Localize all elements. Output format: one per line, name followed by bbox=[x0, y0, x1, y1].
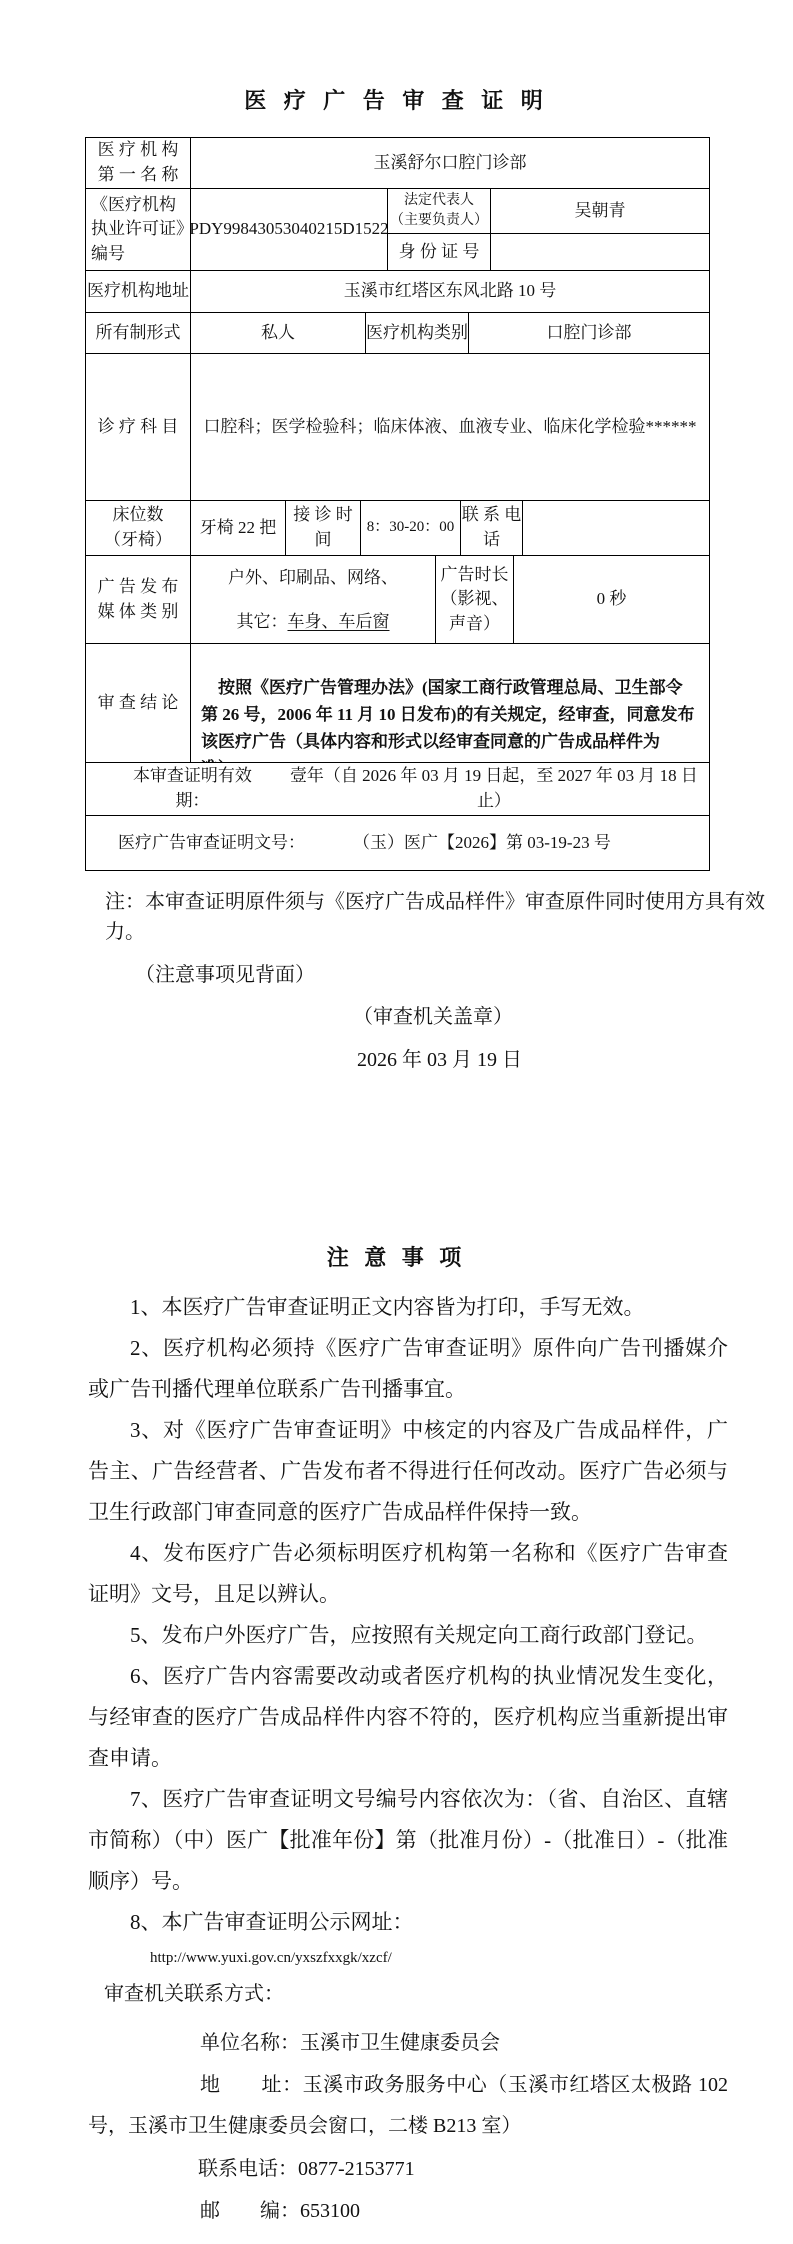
hours-value: 8：30-20：00 bbox=[361, 501, 461, 555]
notice-item-7: 7、医疗广告审查证明文号编号内容依次为：（省、自治区、直辖市简称）（中）医广【批… bbox=[88, 1779, 728, 1902]
seal-placeholder: （审查机关盖章） bbox=[353, 1002, 793, 1032]
phone-label: 联 系 电 话 bbox=[461, 501, 523, 555]
issue-date: 2026 年 03 月 19 日 bbox=[357, 1045, 793, 1075]
id-number-label: 身 份 证 号 bbox=[388, 234, 491, 270]
org-type-value: 口腔门诊部 bbox=[469, 313, 709, 353]
beds-row: 床位数 （牙椅） 牙椅 22 把 接 诊 时 间 8：30-20：00 联 系 … bbox=[86, 501, 709, 556]
media-value: 户外、印刷品、网络、 其它：车身、车后窗 bbox=[191, 556, 436, 643]
cert-no-cell: 医疗广告审查证明文号： （玉）医广【2026】第 03-19-23 号 bbox=[86, 816, 709, 870]
legal-rep-block: 法定代表人 （主要负责人） 吴朝青 身 份 证 号 bbox=[388, 189, 709, 270]
notice-item-2: 2、医疗机构必须持《医疗广告审查证明》原件向广告刊播媒介或广告刊播代理单位联系广… bbox=[88, 1328, 728, 1410]
notice-heading: 注 意 事 项 bbox=[0, 1243, 793, 1273]
ownership-row: 所有制形式 私人 医疗机构类别 口腔门诊部 bbox=[86, 313, 709, 354]
address-label: 医疗机构地址 bbox=[86, 271, 191, 312]
phone-value bbox=[523, 501, 709, 555]
cert-no-row: 医疗广告审查证明文号： （玉）医广【2026】第 03-19-23 号 bbox=[86, 816, 709, 870]
validity-row: 本审查证明有效期： 壹年（自 2026 年 03 月 19 日起，至 2027 … bbox=[86, 763, 709, 816]
media-other-underlined: 车身、车后窗 bbox=[288, 612, 390, 631]
conclusion-label: 审 查 结 论 bbox=[86, 644, 191, 762]
notice-item-8: 8、本广告审查证明公示网址： bbox=[88, 1902, 728, 1943]
departments-label: 诊 疗 科 目 bbox=[86, 354, 191, 500]
id-number-value bbox=[491, 234, 709, 270]
notice-item-5: 5、发布户外医疗广告，应按照有关规定向工商行政部门登记。 bbox=[88, 1615, 728, 1656]
notice-items: 1、本医疗广告审查证明正文内容皆为打印，手写无效。 2、医疗机构必须持《医疗广告… bbox=[88, 1287, 728, 1943]
departments-value: 口腔科；医学检验科；临床体液、血液专业、临床化学检验****** bbox=[191, 354, 709, 500]
contact-unit: 单位名称：玉溪市卫生健康委员会 bbox=[200, 2023, 793, 2063]
contact-heading: 审查机关联系方式： bbox=[104, 1977, 793, 2011]
license-row: 《医疗机构执业许可证》编号 PDY99843053040215D1522 法定代… bbox=[86, 189, 709, 271]
media-row: 广 告 发 布 媒 体 类 别 户外、印刷品、网络、 其它：车身、车后窗 广告时… bbox=[86, 556, 709, 644]
media-line2: 其它：车身、车后窗 bbox=[237, 600, 390, 644]
public-url: http://www.yuxi.gov.cn/yxszfxxgk/xzcf/ bbox=[150, 1945, 793, 1971]
beds-value: 牙椅 22 把 bbox=[191, 501, 286, 555]
validity-cell: 本审查证明有效期： 壹年（自 2026 年 03 月 19 日起，至 2027 … bbox=[86, 763, 709, 815]
validity-label: 本审查证明有效期： bbox=[118, 764, 267, 813]
contact-zip: 邮 编：653100 bbox=[200, 2191, 793, 2231]
license-value: PDY99843053040215D1522 bbox=[191, 189, 388, 270]
conclusion-para1: 按照《医疗广告管理办法》(国家工商行政管理总局、卫生部令第 26 号，2006 … bbox=[201, 674, 699, 762]
license-label: 《医疗机构执业许可证》编号 bbox=[86, 189, 191, 270]
cert-no-value: （玉）医广【2026】第 03-19-23 号 bbox=[353, 831, 611, 856]
legal-rep-label: 法定代表人 （主要负责人） bbox=[388, 189, 491, 233]
contact-phone: 联系电话：0877-2153771 bbox=[198, 2149, 793, 2189]
org-name-label: 医 疗 机 构 第 一 名 称 bbox=[86, 138, 191, 188]
duration-value: 0 秒 bbox=[514, 556, 709, 643]
media-line1: 户外、印刷品、网络、 bbox=[228, 556, 398, 600]
notice-item-3: 3、对《医疗广告审查证明》中核定的内容及广告成品样件，广告主、广告经营者、广告发… bbox=[88, 1410, 728, 1533]
notice-item-6: 6、医疗广告内容需要改动或者医疗机构的执业情况发生变化，与经审查的医疗广告成品样… bbox=[88, 1656, 728, 1779]
media-label: 广 告 发 布 媒 体 类 别 bbox=[86, 556, 191, 643]
legal-rep-value: 吴朝青 bbox=[491, 189, 709, 233]
note-text: 注：本审查证明原件须与《医疗广告成品样件》审查原件同时使用方具有效力。 bbox=[105, 887, 793, 947]
conclusion-row: 审 查 结 论 按照《医疗广告管理办法》(国家工商行政管理总局、卫生部令第 26… bbox=[86, 644, 709, 763]
see-back-text: （注意事项见背面） bbox=[135, 960, 793, 990]
media-other-prefix: 其它： bbox=[237, 612, 288, 631]
contact-address: 地 址：玉溪市政务服务中心（玉溪市红塔区太极路 102 号，玉溪市卫生健康委员会… bbox=[88, 2065, 728, 2147]
hours-label: 接 诊 时 间 bbox=[286, 501, 361, 555]
org-type-label: 医疗机构类别 bbox=[366, 313, 469, 353]
validity-value: 壹年（自 2026 年 03 月 19 日起，至 2027 年 03 月 18 … bbox=[279, 764, 709, 813]
notice-item-4: 4、发布医疗广告必须标明医疗机构第一名称和《医疗广告审查证明》文号，且足以辨认。 bbox=[88, 1533, 728, 1615]
doc-title: 医 疗 广 告 审 查 证 明 bbox=[0, 0, 793, 116]
address-row: 医疗机构地址 玉溪市红塔区东风北路 10 号 bbox=[86, 271, 709, 313]
conclusion-content: 按照《医疗广告管理办法》(国家工商行政管理总局、卫生部令第 26 号，2006 … bbox=[191, 644, 709, 762]
beds-label: 床位数 （牙椅） bbox=[86, 501, 191, 555]
org-name-row: 医 疗 机 构 第 一 名 称 玉溪舒尔口腔门诊部 bbox=[86, 138, 709, 189]
cert-no-label: 医疗广告审查证明文号： bbox=[118, 831, 305, 856]
departments-row: 诊 疗 科 目 口腔科；医学检验科；临床体液、血液专业、临床化学检验****** bbox=[86, 354, 709, 501]
org-name-value: 玉溪舒尔口腔门诊部 bbox=[191, 138, 709, 188]
duration-label: 广告时长 （影视、 声音） bbox=[436, 556, 514, 643]
notice-item-1: 1、本医疗广告审查证明正文内容皆为打印，手写无效。 bbox=[88, 1287, 728, 1328]
cert-table: 医 疗 机 构 第 一 名 称 玉溪舒尔口腔门诊部 《医疗机构执业许可证》编号 … bbox=[85, 137, 710, 871]
ownership-label: 所有制形式 bbox=[86, 313, 191, 353]
ownership-value: 私人 bbox=[191, 313, 366, 353]
address-value: 玉溪市红塔区东风北路 10 号 bbox=[191, 271, 709, 312]
certificate-sheet: 医 疗 广 告 审 查 证 明 医 疗 机 构 第 一 名 称 玉溪舒尔口腔门诊… bbox=[0, 0, 793, 2244]
